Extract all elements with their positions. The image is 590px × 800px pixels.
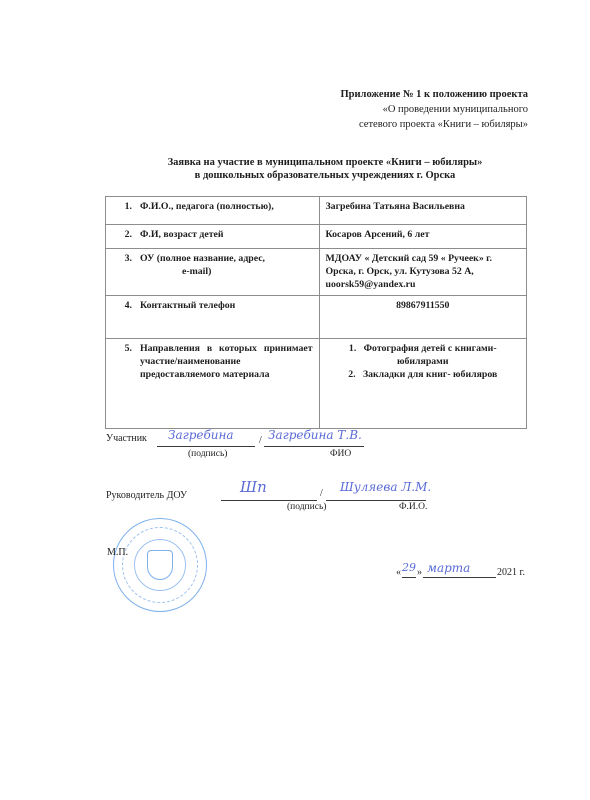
row-label: 2.Ф.И, возраст детей <box>106 225 320 249</box>
official-stamp <box>113 518 207 612</box>
list-item: 2. Закладки для книг- юбиляров <box>326 368 520 381</box>
row-value: МДОАУ « Детский сад 59 « Ручеек» г. Орск… <box>319 249 526 296</box>
item-number: 2. <box>348 369 355 380</box>
row-label: 3.ОУ (полное название, адрес, e-mail) <box>106 249 320 296</box>
participant-signature: Загребина <box>168 428 234 442</box>
participant-name: Загребина Т.В. <box>268 428 362 442</box>
item-text: Закладки для книг- юбиляров <box>363 369 497 380</box>
materials-list: 1. Фотография детей с книгами-юбилярами … <box>326 342 520 381</box>
table-row: 1.Ф.И.О., педагога (полностью), Загребин… <box>106 197 527 225</box>
item-text: Фотография детей с книгами-юбилярами <box>364 343 497 367</box>
title-line-1: Заявка на участие в муниципальном проект… <box>150 157 500 170</box>
head-label: Руководитель ДОУ <box>106 490 187 501</box>
date-year: 2021 г. <box>497 567 525 578</box>
head-signature: Шп <box>240 478 267 496</box>
row-label: 5. Направления в которых принимает участ… <box>106 339 320 429</box>
stamp-label: М.П. <box>107 547 128 558</box>
table-row: 4.Контактный телефон 89867911550 <box>106 296 527 339</box>
row-label: 4.Контактный телефон <box>106 296 320 339</box>
application-form-table: 1.Ф.И.О., педагога (полностью), Загребин… <box>105 196 527 429</box>
appendix-line-2: «О проведении муниципального <box>268 102 528 117</box>
row-number: 1. <box>112 200 132 213</box>
separator: / <box>320 488 323 499</box>
date-month: марта <box>427 561 470 575</box>
row-number: 2. <box>112 228 132 241</box>
row-number: 3. <box>112 252 132 265</box>
label-text: ОУ (полное название, адрес, <box>140 253 265 264</box>
row-label: 1.Ф.И.О., педагога (полностью), <box>106 197 320 225</box>
emblem-icon <box>147 550 173 580</box>
list-item: 1. Фотография детей с книгами-юбилярами <box>326 342 520 368</box>
separator: / <box>259 435 262 446</box>
label-text: Контактный телефон <box>140 300 235 311</box>
item-number: 1. <box>349 343 356 354</box>
date-open-quote: « <box>396 567 401 578</box>
table-row: 2.Ф.И, возраст детей Косаров Арсений, 6 … <box>106 225 527 249</box>
row-value: 89867911550 <box>319 296 526 339</box>
caption-signature: (подпись) <box>188 449 227 459</box>
row-value: 1. Фотография детей с книгами-юбилярами … <box>319 339 526 429</box>
label-text: Направления в которых принимает участие/… <box>140 342 313 381</box>
table-row: 3.ОУ (полное название, адрес, e-mail) МД… <box>106 249 527 296</box>
row-number: 4. <box>112 299 132 312</box>
row-value: Загребина Татьяна Васильевна <box>319 197 526 225</box>
appendix-header: Приложение № 1 к положению проекта «О пр… <box>268 87 528 132</box>
table-row: 5. Направления в которых принимает участ… <box>106 339 527 429</box>
label-text: Ф.И, возраст детей <box>140 229 224 240</box>
date-day: 29 <box>402 561 416 574</box>
title-line-2: в дошкольных образовательных учреждениях… <box>150 170 500 183</box>
row-value: Косаров Арсений, 6 лет <box>319 225 526 249</box>
participant-label: Участник <box>106 433 147 444</box>
row-number: 5. <box>112 342 132 381</box>
head-signature-line <box>221 488 317 501</box>
head-name: Шуляева Л.М. <box>340 480 431 494</box>
caption-name: ФИО <box>330 449 351 459</box>
label-text-2: e-mail) <box>112 265 313 278</box>
document-title: Заявка на участие в муниципальном проект… <box>150 157 500 182</box>
label-text: Ф.И.О., педагога (полностью), <box>140 201 274 212</box>
caption-name: Ф.И.О. <box>399 502 427 512</box>
application-document: Приложение № 1 к положению проекта «О пр… <box>0 0 590 800</box>
appendix-line-3: сетевого проекта «Книги – юбиляры» <box>268 117 528 132</box>
appendix-line-1: Приложение № 1 к положению проекта <box>268 87 528 102</box>
date-close-quote: » <box>417 567 422 578</box>
caption-signature: (подпись) <box>287 502 326 512</box>
